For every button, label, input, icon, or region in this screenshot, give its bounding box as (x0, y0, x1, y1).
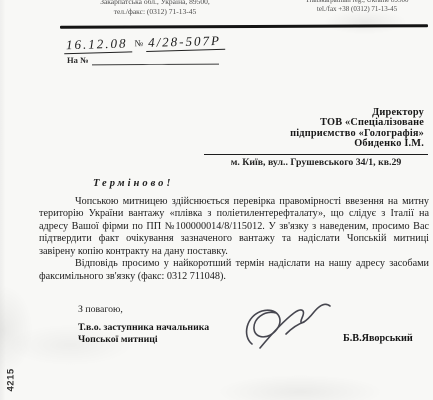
signer-title-line-2: Чопської митниці (78, 334, 209, 346)
letterhead-address-english: Transkarpathian reg., Ukraine 89500 tel.… (282, 0, 432, 14)
recipient-block: Директору ТОВ «Спеціалізоване підприємст… (184, 108, 424, 149)
scanned-letter-page: Закарпатська обл., Україна, 89500, тел./… (0, 0, 433, 400)
letterhead-phone-line-en: tel./fax +38 (0312) 71-13-45 (282, 5, 432, 14)
letter-body: Чопською митницею здійснюється перевірка… (39, 196, 429, 283)
body-paragraph-1: Чопською митницею здійснюється перевірка… (39, 196, 429, 258)
letterhead-address-ukrainian: Закарпатська обл., Україна, 89500, тел./… (55, 0, 255, 16)
reply-reference-label: На № (67, 55, 89, 65)
signer-title-line-1: Т.в.о. заступника начальника (78, 322, 209, 334)
recipient-divider-rule (204, 154, 428, 155)
letterhead-divider-rule (60, 24, 428, 28)
letter-date-handwritten: 16.12.08 (64, 35, 132, 54)
reply-reference-blank-line (92, 64, 219, 66)
outgoing-reference-handwritten: 16.12.08№4/28-507Р (64, 32, 225, 54)
signer-name: Б.В.Яворський (343, 333, 413, 344)
recipient-line: Обиденко І.М. (184, 139, 424, 149)
margin-registration-number: 4215 (6, 352, 17, 392)
letterhead-phone-line: тел./факс: (0312) 71-13-45 (55, 7, 255, 17)
letter-number-handwritten: 4/28-507Р (146, 33, 225, 52)
urgent-note: Терміново! (93, 178, 174, 189)
numero-sign: № (134, 38, 143, 48)
signer-title: Т.в.о. заступника начальника Чопської ми… (78, 322, 209, 347)
body-paragraph-2: Відповідь просимо у найкоротший термін н… (39, 258, 429, 283)
recipient-address: м. Київ, вул.. Грушевського 34/1, кв.29 (202, 157, 430, 168)
signature-scribble (238, 298, 342, 360)
regards-line: З повагою, (78, 304, 123, 315)
